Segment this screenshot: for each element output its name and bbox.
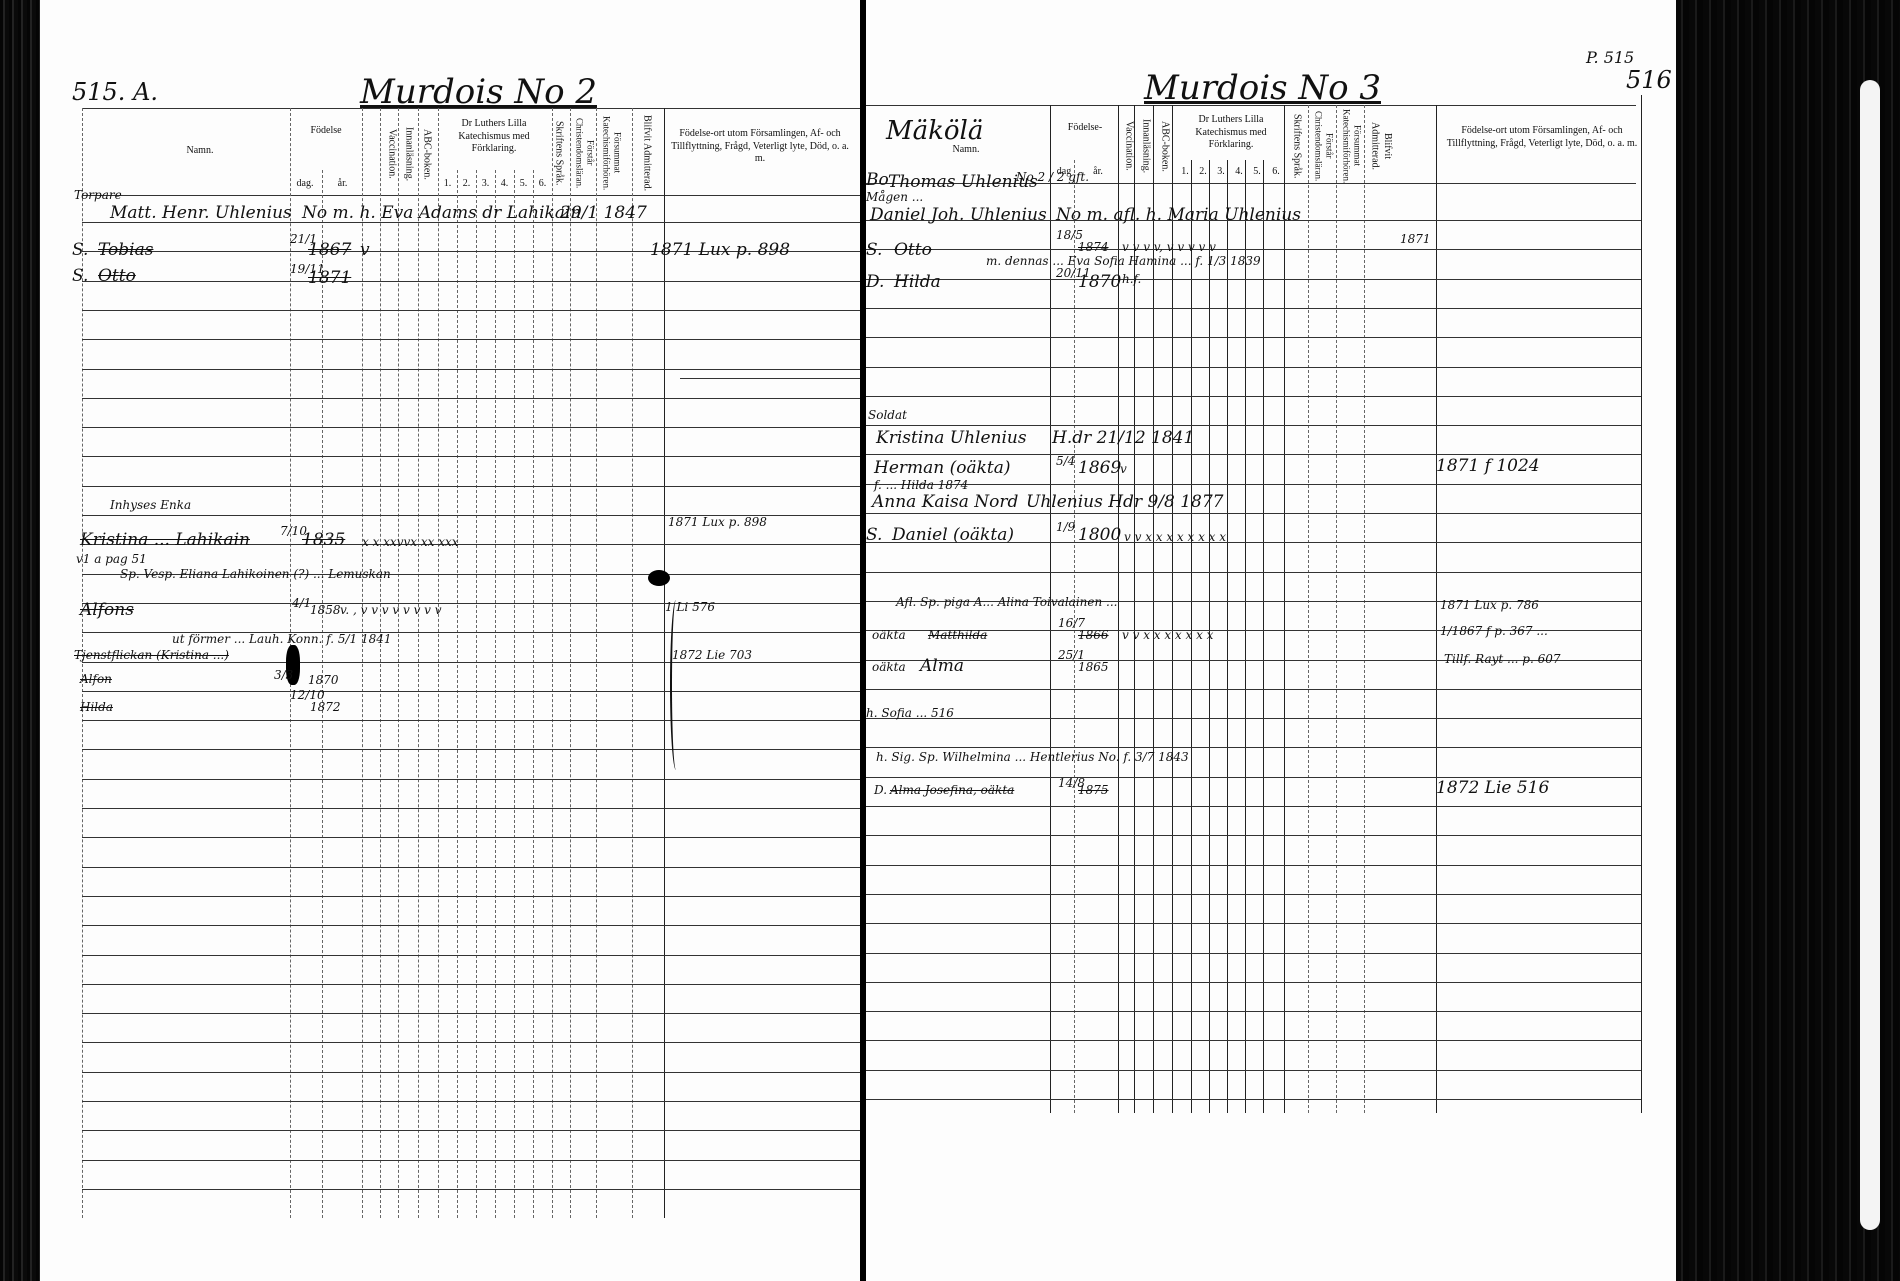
- left-page-number: 515. A.: [72, 78, 158, 106]
- entry-note: m. dennas ... Eva Sofia Hamina ... f. 1/…: [986, 254, 1261, 268]
- entry-name: Tobias: [98, 240, 153, 260]
- rule-h: [866, 367, 1641, 368]
- header-top-line: [82, 108, 862, 109]
- col-name-header: Namn.: [140, 145, 260, 158]
- col-cat-2: 2.: [457, 178, 476, 191]
- rule-v: [1436, 105, 1437, 1113]
- entry-name: Kristina ... Lahikain: [80, 530, 250, 550]
- rule-h: [82, 1160, 862, 1161]
- entry-note: No 2 / 2 gft.: [1016, 170, 1089, 184]
- entry-prefix: Bo: [866, 170, 889, 190]
- left-page: 515. A. Murdois No 2 Namn. Födelse dag. …: [40, 0, 862, 1281]
- page-edge-sliver: [1860, 80, 1880, 1230]
- entry-name: Otto: [98, 266, 136, 286]
- rule-h: [82, 1130, 862, 1131]
- rule-h: [866, 689, 1641, 690]
- rule-h: [866, 337, 1641, 338]
- rule-v: [495, 170, 496, 1218]
- rule-v: [570, 108, 571, 1218]
- entry-vacc: v: [360, 240, 370, 260]
- entry-prefix: S.: [866, 240, 882, 260]
- col-admitted-header: Blifvit Admitterad.: [1368, 108, 1393, 184]
- entry-name: Kristina Uhlenius: [876, 428, 1027, 448]
- entry-day: 4/1: [292, 596, 311, 610]
- rule-h: [866, 308, 1641, 309]
- rule-h: [82, 427, 862, 428]
- rule-h: [82, 603, 862, 604]
- col-birth-header: Födelse-: [1052, 122, 1118, 135]
- rule-h: [82, 369, 862, 370]
- entry-year: 1865: [1078, 660, 1109, 674]
- entry-note: No m. afl. h. Maria Uhlenius: [1056, 205, 1301, 225]
- rule-h: [82, 486, 862, 487]
- entry-day: 1/9: [1056, 520, 1075, 534]
- rule-h: [866, 484, 1641, 485]
- rule-h: [866, 894, 1641, 895]
- entry-label: Inhyses Enka: [110, 498, 191, 512]
- entry-admitted: 1871: [1400, 232, 1431, 246]
- entry-name: Alma Josefina, oäkta: [890, 783, 1014, 797]
- header-top-line: [866, 105, 1636, 106]
- rule-v: [438, 108, 439, 1218]
- rule-h: [866, 1099, 1641, 1100]
- rule-h: [82, 1189, 862, 1190]
- rule-h: [866, 249, 1641, 250]
- col-scripture-header: Skriftens Språk.: [1290, 108, 1303, 184]
- col-cat-3: 3.: [476, 178, 495, 191]
- col-birth-header: Födelse: [290, 125, 362, 138]
- col-remarks-header: Födelse-ort utom Församlingen, Af- och T…: [670, 128, 850, 166]
- col-birth-day-header: dag.: [290, 178, 320, 191]
- col-remarks-header: Födelse-ort utom Församlingen, Af- och T…: [1442, 125, 1642, 150]
- rule-v: [1263, 160, 1264, 1113]
- entry-note: h. Sofia ... 516: [866, 706, 954, 720]
- rule-h: [866, 1011, 1641, 1012]
- rule-h: [82, 867, 862, 868]
- rule-v: [1284, 105, 1285, 1113]
- entry-remark: 1871 Lux p. 786: [1440, 598, 1539, 612]
- entry-marks: v v x x x x x x x x: [1124, 530, 1226, 544]
- col-understanding-header: Förstår Christendomsläran.: [573, 112, 596, 194]
- entry-remark: Tillf. Rayt ... p. 607: [1444, 652, 1561, 666]
- entry-note: Sp. Vesp. Eliana Lahikoinen (?) ... Lemu…: [120, 567, 391, 581]
- col-cat-5: 5.: [514, 178, 533, 191]
- entry-prefix: S.: [72, 266, 88, 286]
- rule-h: [866, 923, 1641, 924]
- col-cat-6: 6.: [1266, 166, 1286, 179]
- entry-note: Afl. Sp. piga A... Alina Toivalainen ...: [896, 595, 1117, 609]
- rule-h: [866, 396, 1641, 397]
- entry-prefix: oäkta: [872, 660, 906, 674]
- rule-h: [82, 896, 862, 897]
- rule-h: [82, 1072, 862, 1073]
- left-page-title: Murdois No 2: [360, 72, 597, 112]
- entry-vacc: h.f.: [1122, 272, 1141, 286]
- rule-h: [82, 720, 862, 721]
- entry-prefix: S.: [866, 525, 882, 545]
- scan-border-left: [0, 0, 45, 1281]
- col-birth-year-header: år.: [325, 178, 360, 191]
- entry-marks: v v x x x x x x x: [1122, 628, 1213, 642]
- col-vaccination-header: Vaccination.: [1122, 110, 1135, 182]
- entry-name: Matthilda: [928, 628, 987, 642]
- entry-remark: 1871 Lux p. 898: [668, 515, 767, 529]
- rule-h: [82, 749, 862, 750]
- entry-year: 1871: [308, 268, 351, 288]
- entry-remark: 1871 Lux p. 898: [650, 240, 790, 260]
- bracket-mark: [670, 600, 682, 770]
- entry-date: 29/1 1847: [560, 203, 647, 223]
- col-catechism-header: Dr Luthers Lilla Katechismus med Förklar…: [438, 118, 550, 156]
- entry-name: Herman (oäkta): [874, 458, 1011, 478]
- entry-prefix: D.: [874, 783, 887, 797]
- entry-name: Otto: [894, 240, 932, 260]
- right-page-number-top: P. 515: [1586, 48, 1634, 67]
- rule-h: [866, 572, 1641, 573]
- rule-v: [664, 108, 665, 1218]
- entry-note: ut förmer ... Lauh. Konn. f. 5/1 1841: [172, 632, 392, 646]
- rule-h: [82, 779, 862, 780]
- entry-year: 1835: [302, 530, 345, 550]
- col-missed-header: Försummat Katechismiförhören.: [1340, 108, 1363, 184]
- entry-day: 3/3: [274, 668, 293, 682]
- ink-blot: [648, 570, 670, 586]
- rule-h: [82, 808, 862, 809]
- col-reading-header: Innanläsning.: [402, 115, 415, 193]
- entry-note: h. Sig. Sp. Wilhelmina ... Hentlerius No…: [876, 750, 1189, 764]
- farm-name: Mäkölä: [886, 116, 983, 146]
- entry-name: Anna Kaisa Nord: [872, 492, 1018, 512]
- rule-h: [866, 1040, 1641, 1041]
- rule-h: [82, 955, 862, 956]
- entry-year: 1875: [1078, 783, 1109, 797]
- entry-name: Matt. Henr. Uhlenius: [110, 203, 292, 223]
- entry-year: 1858: [310, 603, 341, 617]
- entry-prefix: D.: [866, 272, 884, 292]
- entry-remark: 1872 Lie 516: [1436, 778, 1549, 798]
- rule-v: [1074, 160, 1075, 1113]
- entry-marks: v v v v, v v v v v: [1122, 240, 1216, 254]
- entry-vacc: v: [1120, 462, 1127, 476]
- entry-name: Alfon: [80, 672, 112, 686]
- right-page: P. 515 516 Murdois No 3 Mäkölä Namn. Föd…: [866, 0, 1676, 1281]
- entry-label: Mågen ...: [866, 190, 923, 204]
- rule-h: [866, 953, 1641, 954]
- col-catechism-header: Dr Luthers Lilla Katechismus med Förklar…: [1176, 114, 1286, 152]
- entry-year: 1872: [310, 700, 341, 714]
- rule-v: [1364, 105, 1365, 1113]
- rule-h: [82, 310, 862, 311]
- rule-v: [380, 108, 381, 1218]
- entry-year: 1870: [308, 673, 339, 687]
- col-abc-header: ABC-boken.: [1158, 110, 1171, 182]
- entry-note: v1 a pag 51: [76, 552, 147, 566]
- col-cat-4: 4.: [495, 178, 514, 191]
- entry-remark: 1872 Lie 703: [672, 648, 752, 662]
- entry-year: 1800: [1078, 525, 1121, 545]
- rule-h: [866, 1070, 1641, 1071]
- col-vaccination-header: Vaccination.: [385, 115, 398, 193]
- right-page-number: 516: [1626, 66, 1672, 94]
- rule-v: [418, 108, 419, 1218]
- rule-h: [82, 691, 862, 692]
- entry-name: Alma: [920, 656, 964, 676]
- entry-marks: v. , v v v v v v v v: [340, 603, 442, 617]
- rule-v: [1641, 95, 1642, 1113]
- entry-note: Uhlenius Hdr 9/8 1877: [1026, 492, 1224, 512]
- rule-h: [866, 718, 1641, 719]
- rule-h: [866, 279, 1641, 280]
- rule-v: [552, 108, 553, 1218]
- col-admitted-header: Blifvit Admitterad.: [640, 112, 653, 194]
- rule-v: [632, 108, 633, 1218]
- rule-h: [82, 398, 862, 399]
- right-page-title: Murdois No 3: [1144, 68, 1381, 108]
- rule-h: [82, 1101, 862, 1102]
- rule-h: [82, 1013, 862, 1014]
- col-cat-6: 6.: [533, 178, 552, 191]
- rule-v: [1336, 105, 1337, 1113]
- rule-v: [476, 170, 477, 1218]
- rule-h: [82, 456, 862, 457]
- rule-v: [1308, 105, 1309, 1113]
- rule-v: [457, 170, 458, 1218]
- entry-label: Torpare: [74, 188, 122, 202]
- rule-h: [82, 984, 862, 985]
- rule-v: [1227, 160, 1228, 1113]
- rule-h: [866, 747, 1641, 748]
- rule-h: [866, 835, 1641, 836]
- rule-v: [1245, 160, 1246, 1113]
- entry-year: 1874: [1078, 240, 1109, 254]
- col-understanding-header: Förstår Christendomsläran.: [1312, 108, 1335, 184]
- entry-name: Daniel Joh. Uhlenius: [870, 205, 1047, 225]
- entry-name: Hilda: [80, 700, 113, 714]
- rule-h: [866, 865, 1641, 866]
- col-abc-header: ABC-boken.: [420, 115, 433, 193]
- entry-day: 5/4: [1056, 454, 1075, 468]
- rule-v: [596, 108, 597, 1218]
- col-name-header: Namn.: [926, 144, 1006, 157]
- col-missed-header: Försummat Katechismiförhören.: [600, 112, 623, 194]
- entry-prefix: oäkta: [872, 628, 906, 642]
- rule-h: [82, 339, 862, 340]
- entry-year: 1867: [308, 240, 351, 260]
- header-bottom-line: [82, 195, 862, 196]
- rule-h: [866, 806, 1641, 807]
- entry-name: Daniel (oäkta): [892, 525, 1014, 545]
- entry-name: Alfons: [80, 600, 134, 620]
- rule-h: [866, 425, 1641, 426]
- col-cat-1: 1.: [438, 178, 457, 191]
- entry-name: Hilda: [894, 272, 941, 292]
- rule-v: [398, 108, 399, 1218]
- entry-remark: 1/1867 f p. 367 ...: [1440, 624, 1548, 638]
- entry-marks: x x xxvvx xx xxx: [362, 535, 459, 549]
- entry-remark: 1871 f 1024: [1436, 456, 1540, 476]
- rule-v: [533, 170, 534, 1218]
- rule-h: [82, 925, 862, 926]
- rule-h: [82, 1042, 862, 1043]
- rule-h: [866, 982, 1641, 983]
- rule-h: [82, 281, 862, 282]
- entry-sub: f. ... Hilda 1874: [874, 478, 968, 492]
- entry-label: Soldat: [868, 408, 907, 422]
- rule-h: [82, 837, 862, 838]
- entry-note: No m. h. Eva Adams dr Lahikain: [302, 203, 581, 223]
- rule-v: [362, 108, 363, 1218]
- rule-h: [866, 513, 1641, 514]
- entry-year: 1866: [1078, 628, 1109, 642]
- entry-prefix: S.: [72, 240, 88, 260]
- entry-year: 1869: [1078, 458, 1121, 478]
- entry-year: 1870: [1078, 272, 1121, 292]
- entry-note: H.dr 21/12 1841: [1052, 428, 1194, 448]
- col-reading-header: Innanläsning.: [1139, 110, 1152, 182]
- entry-name: Tjenstflickan (Kristina ...): [74, 648, 229, 662]
- rule-v: [514, 170, 515, 1218]
- rule-h: [680, 378, 860, 379]
- col-scripture-header: Skriftens Språk.: [552, 112, 565, 194]
